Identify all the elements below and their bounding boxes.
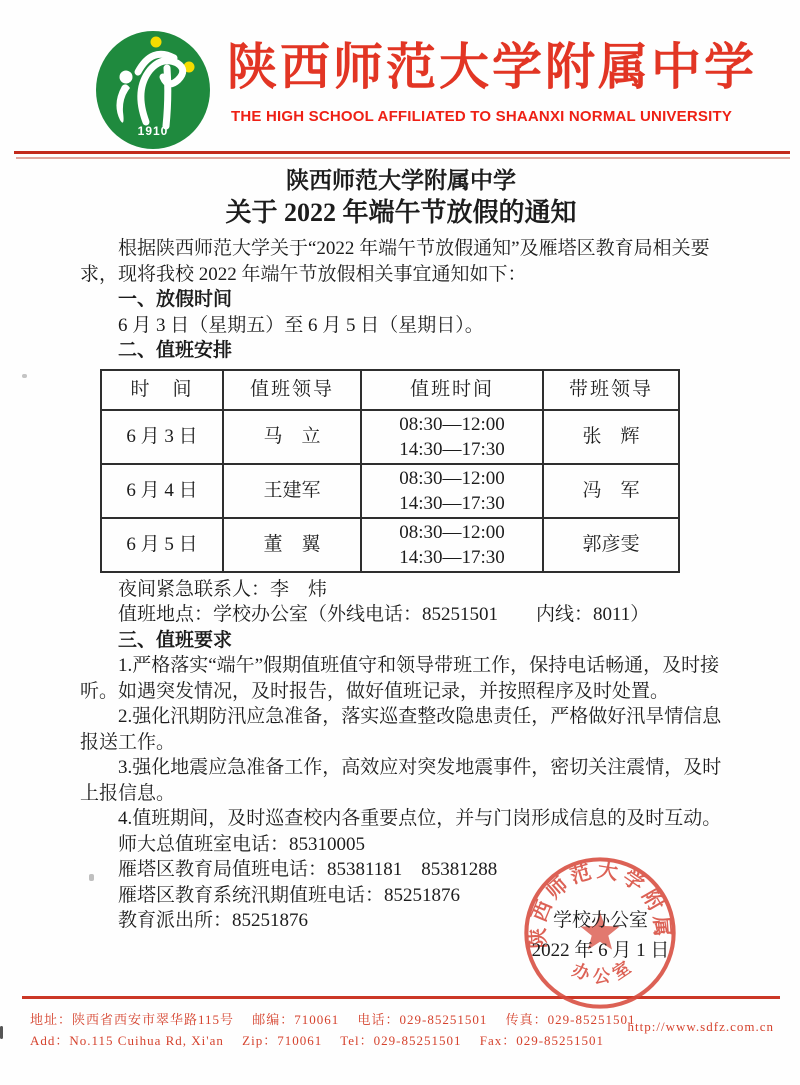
table-row: 6 月 5 日 董 翼 08:30—12:00 14:30—17:30 郭彦雯 (101, 518, 679, 572)
cell-duty-leader: 王建军 (223, 464, 361, 518)
footer-fax-en: Fax：029-85251501 (480, 1033, 604, 1048)
col-header-lead-leader: 带班领导 (543, 370, 679, 410)
duty-time-pm: 14:30—17:30 (362, 437, 542, 462)
scan-artifact (0, 1026, 3, 1039)
letterhead-divider-bottom (16, 157, 790, 159)
notice-title-line2: 关于 2022 年端午节放假的通知 (80, 196, 722, 230)
notice-body: 陕西师范大学附属中学 关于 2022 年端午节放假的通知 根据陕西师范大学关于“… (80, 166, 722, 934)
footer-address-en: Add：No.115 Cuihua Rd, Xi'an (30, 1033, 224, 1048)
school-logo-icon: 1910 (92, 28, 214, 152)
col-header-duty-time: 值班时间 (361, 370, 543, 410)
footer-tel-en: Tel：029-85251501 (340, 1033, 461, 1048)
cell-duty-time: 08:30—12:00 14:30—17:30 (361, 410, 543, 464)
duty-schedule-table: 时 间 值班领导 值班时间 带班领导 6 月 3 日 马 立 08:30—12:… (100, 369, 680, 573)
requirement-item: 1.严格落实“端午”假期值班值守和领导带班工作，保持电话畅通，及时接听。如遇突发… (80, 653, 722, 704)
table-row: 6 月 4 日 王建军 08:30—12:00 14:30—17:30 冯 军 (101, 464, 679, 518)
duty-time-am: 08:30—12:00 (362, 466, 542, 491)
scan-artifact (22, 374, 27, 378)
scan-artifact (89, 874, 94, 881)
duty-time-am: 08:30—12:00 (362, 520, 542, 545)
holiday-dates: 6 月 3 日（星期五）至 6 月 5 日（星期日）。 (80, 313, 722, 339)
cell-date: 6 月 5 日 (101, 518, 223, 572)
requirement-item: 3.强化地震应急准备工作，高效应对突发地震事件，密切关注震情，及时上报信息。 (80, 755, 722, 806)
table-header-row: 时 间 值班领导 值班时间 带班领导 (101, 370, 679, 410)
requirement-item: 2.强化汛期防汛应急准备，落实巡查整改隐患责任，严格做好汛旱情信息报送工作。 (80, 704, 722, 755)
notice-title-line1: 陕西师范大学附属中学 (80, 166, 722, 196)
letterhead-divider-top (14, 151, 790, 154)
duty-time-pm: 14:30—17:30 (362, 545, 542, 570)
footer-tel-zh: 电话：029-85251501 (358, 1012, 488, 1027)
col-header-duty-leader: 值班领导 (223, 370, 361, 410)
signature-block: 学校办公室 2022 年 6 月 1 日 (498, 906, 703, 966)
scanned-notice-page: 1910 陕西师范大学附属中学 THE HIGH SCHOOL AFFILIAT… (0, 0, 800, 1085)
section1-heading: 一、放假时间 (80, 287, 722, 313)
duty-time-am: 08:30—12:00 (362, 412, 542, 437)
cell-duty-time: 08:30—12:00 14:30—17:30 (361, 464, 543, 518)
footer-address-zh: 地址：陕西省西安市翠华路115号 (30, 1012, 234, 1027)
intro-paragraph: 根据陕西师范大学关于“2022 年端午节放假通知”及雁塔区教育局相关要求，现将我… (80, 236, 722, 287)
cell-duty-leader: 董 翼 (223, 518, 361, 572)
col-header-date: 时 间 (101, 370, 223, 410)
night-contact: 夜间紧急联系人：李 炜 (80, 577, 722, 603)
cell-lead-leader: 郭彦雯 (543, 518, 679, 572)
table-row: 6 月 3 日 马 立 08:30—12:00 14:30—17:30 张 辉 (101, 410, 679, 464)
cell-duty-time: 08:30—12:00 14:30—17:30 (361, 518, 543, 572)
cell-date: 6 月 4 日 (101, 464, 223, 518)
footer-zip-zh: 邮编：710061 (252, 1012, 339, 1027)
cell-duty-leader: 马 立 (223, 410, 361, 464)
duty-time-pm: 14:30—17:30 (362, 491, 542, 516)
cell-lead-leader: 张 辉 (543, 410, 679, 464)
requirement-item: 4.值班期间，及时巡查校内各重要点位，并与门岗形成信息的及时互动。 (80, 806, 722, 832)
section2-heading: 二、值班安排 (80, 338, 722, 364)
footer-row-en: Add：No.115 Cuihua Rd, Xi'an Zip：710061 T… (30, 1030, 670, 1051)
duty-location: 值班地点：学校办公室（外线电话：85251501 内线：8011） (80, 602, 722, 628)
signature-office: 学校办公室 (498, 906, 703, 936)
letterhead-school-name-zh: 陕西师范大学附属中学 (227, 36, 792, 98)
cell-date: 6 月 3 日 (101, 410, 223, 464)
logo-year-text: 1910 (138, 124, 169, 138)
letterhead-school-name-en: THE HIGH SCHOOL AFFILIATED TO SHAANXI NO… (231, 108, 732, 125)
footer-zip-en: Zip：710061 (242, 1033, 322, 1048)
signature-date: 2022 年 6 月 1 日 (498, 936, 703, 966)
cell-lead-leader: 冯 军 (543, 464, 679, 518)
section3-heading: 三、值班要求 (80, 628, 722, 654)
